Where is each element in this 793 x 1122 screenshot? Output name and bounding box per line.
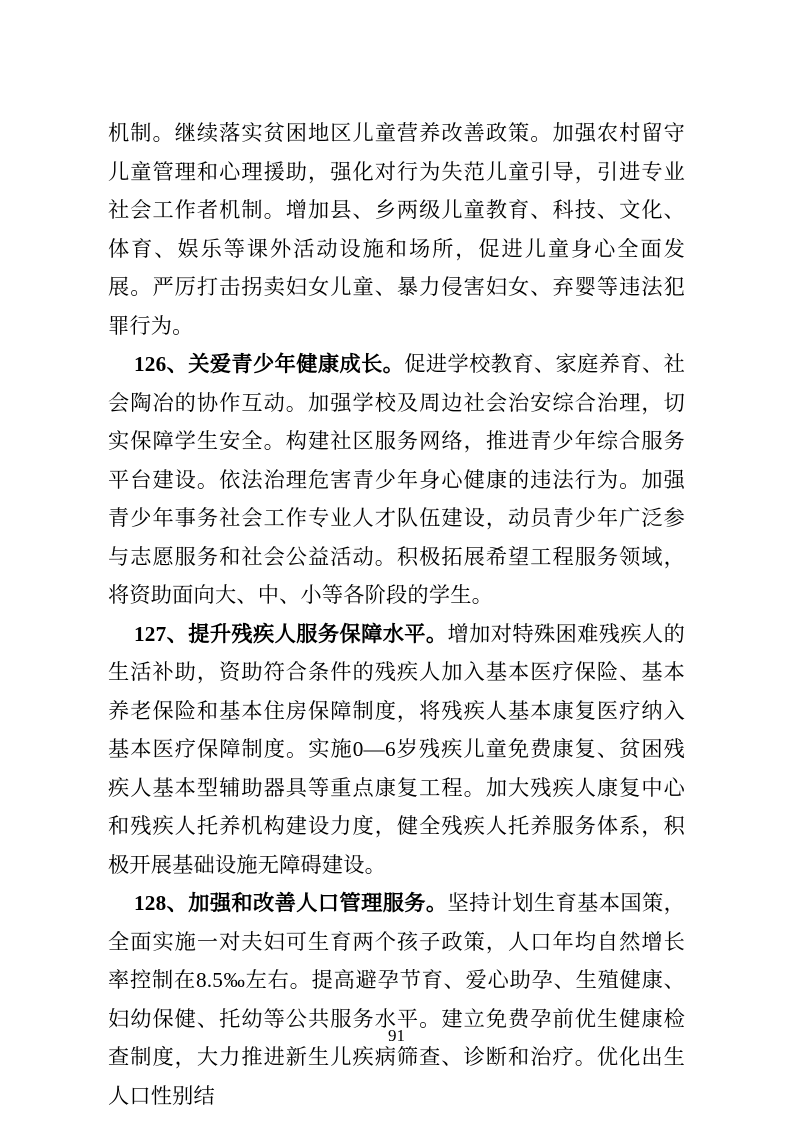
paragraph-section-126: 126、关爱青少年健康成长。促进学校教育、家庭养育、社会陶冶的协作互动。加强学校… bbox=[108, 345, 685, 615]
page-number: 91 bbox=[0, 1026, 793, 1046]
paragraph-body-text: 增加对特殊困难残疾人的生活补助，资助符合条件的残疾人加入基本医疗保险、基本养老保… bbox=[108, 622, 685, 877]
paragraph-section-128: 128、加强和改善人口管理服务。坚持计划生育基本国策，全面实施一对夫妇可生育两个… bbox=[108, 884, 685, 1115]
paragraph-body-text: 促进学校教育、家庭养育、社会陶冶的协作互动。加强学校及周边社会治安综合治理，切实… bbox=[108, 352, 685, 607]
text-content-area: 机制。继续落实贫困地区儿童营养改善政策。加强农村留守儿童管理和心理援助，强化对行… bbox=[108, 114, 685, 1115]
paragraph-body-text: 坚持计划生育基本国策，全面实施一对夫妇可生育两个孩子政策，人口年均自然增长率控制… bbox=[108, 891, 685, 1108]
paragraph-continuation: 机制。继续落实贫困地区儿童营养改善政策。加强农村留守儿童管理和心理援助，强化对行… bbox=[108, 114, 685, 345]
section-heading-128: 128、加强和改善人口管理服务。 bbox=[134, 891, 448, 915]
paragraph-body-text: 机制。继续落实贫困地区儿童营养改善政策。加强农村留守儿童管理和心理援助，强化对行… bbox=[108, 121, 685, 338]
section-heading-127: 127、提升残疾人服务保障水平。 bbox=[134, 622, 448, 646]
paragraph-section-127: 127、提升残疾人服务保障水平。增加对特殊困难残疾人的生活补助，资助符合条件的残… bbox=[108, 615, 685, 885]
section-heading-126: 126、关爱青少年健康成长。 bbox=[134, 352, 404, 376]
document-page: 机制。继续落实贫困地区儿童营养改善政策。加强农村留守儿童管理和心理援助，强化对行… bbox=[0, 0, 793, 1122]
